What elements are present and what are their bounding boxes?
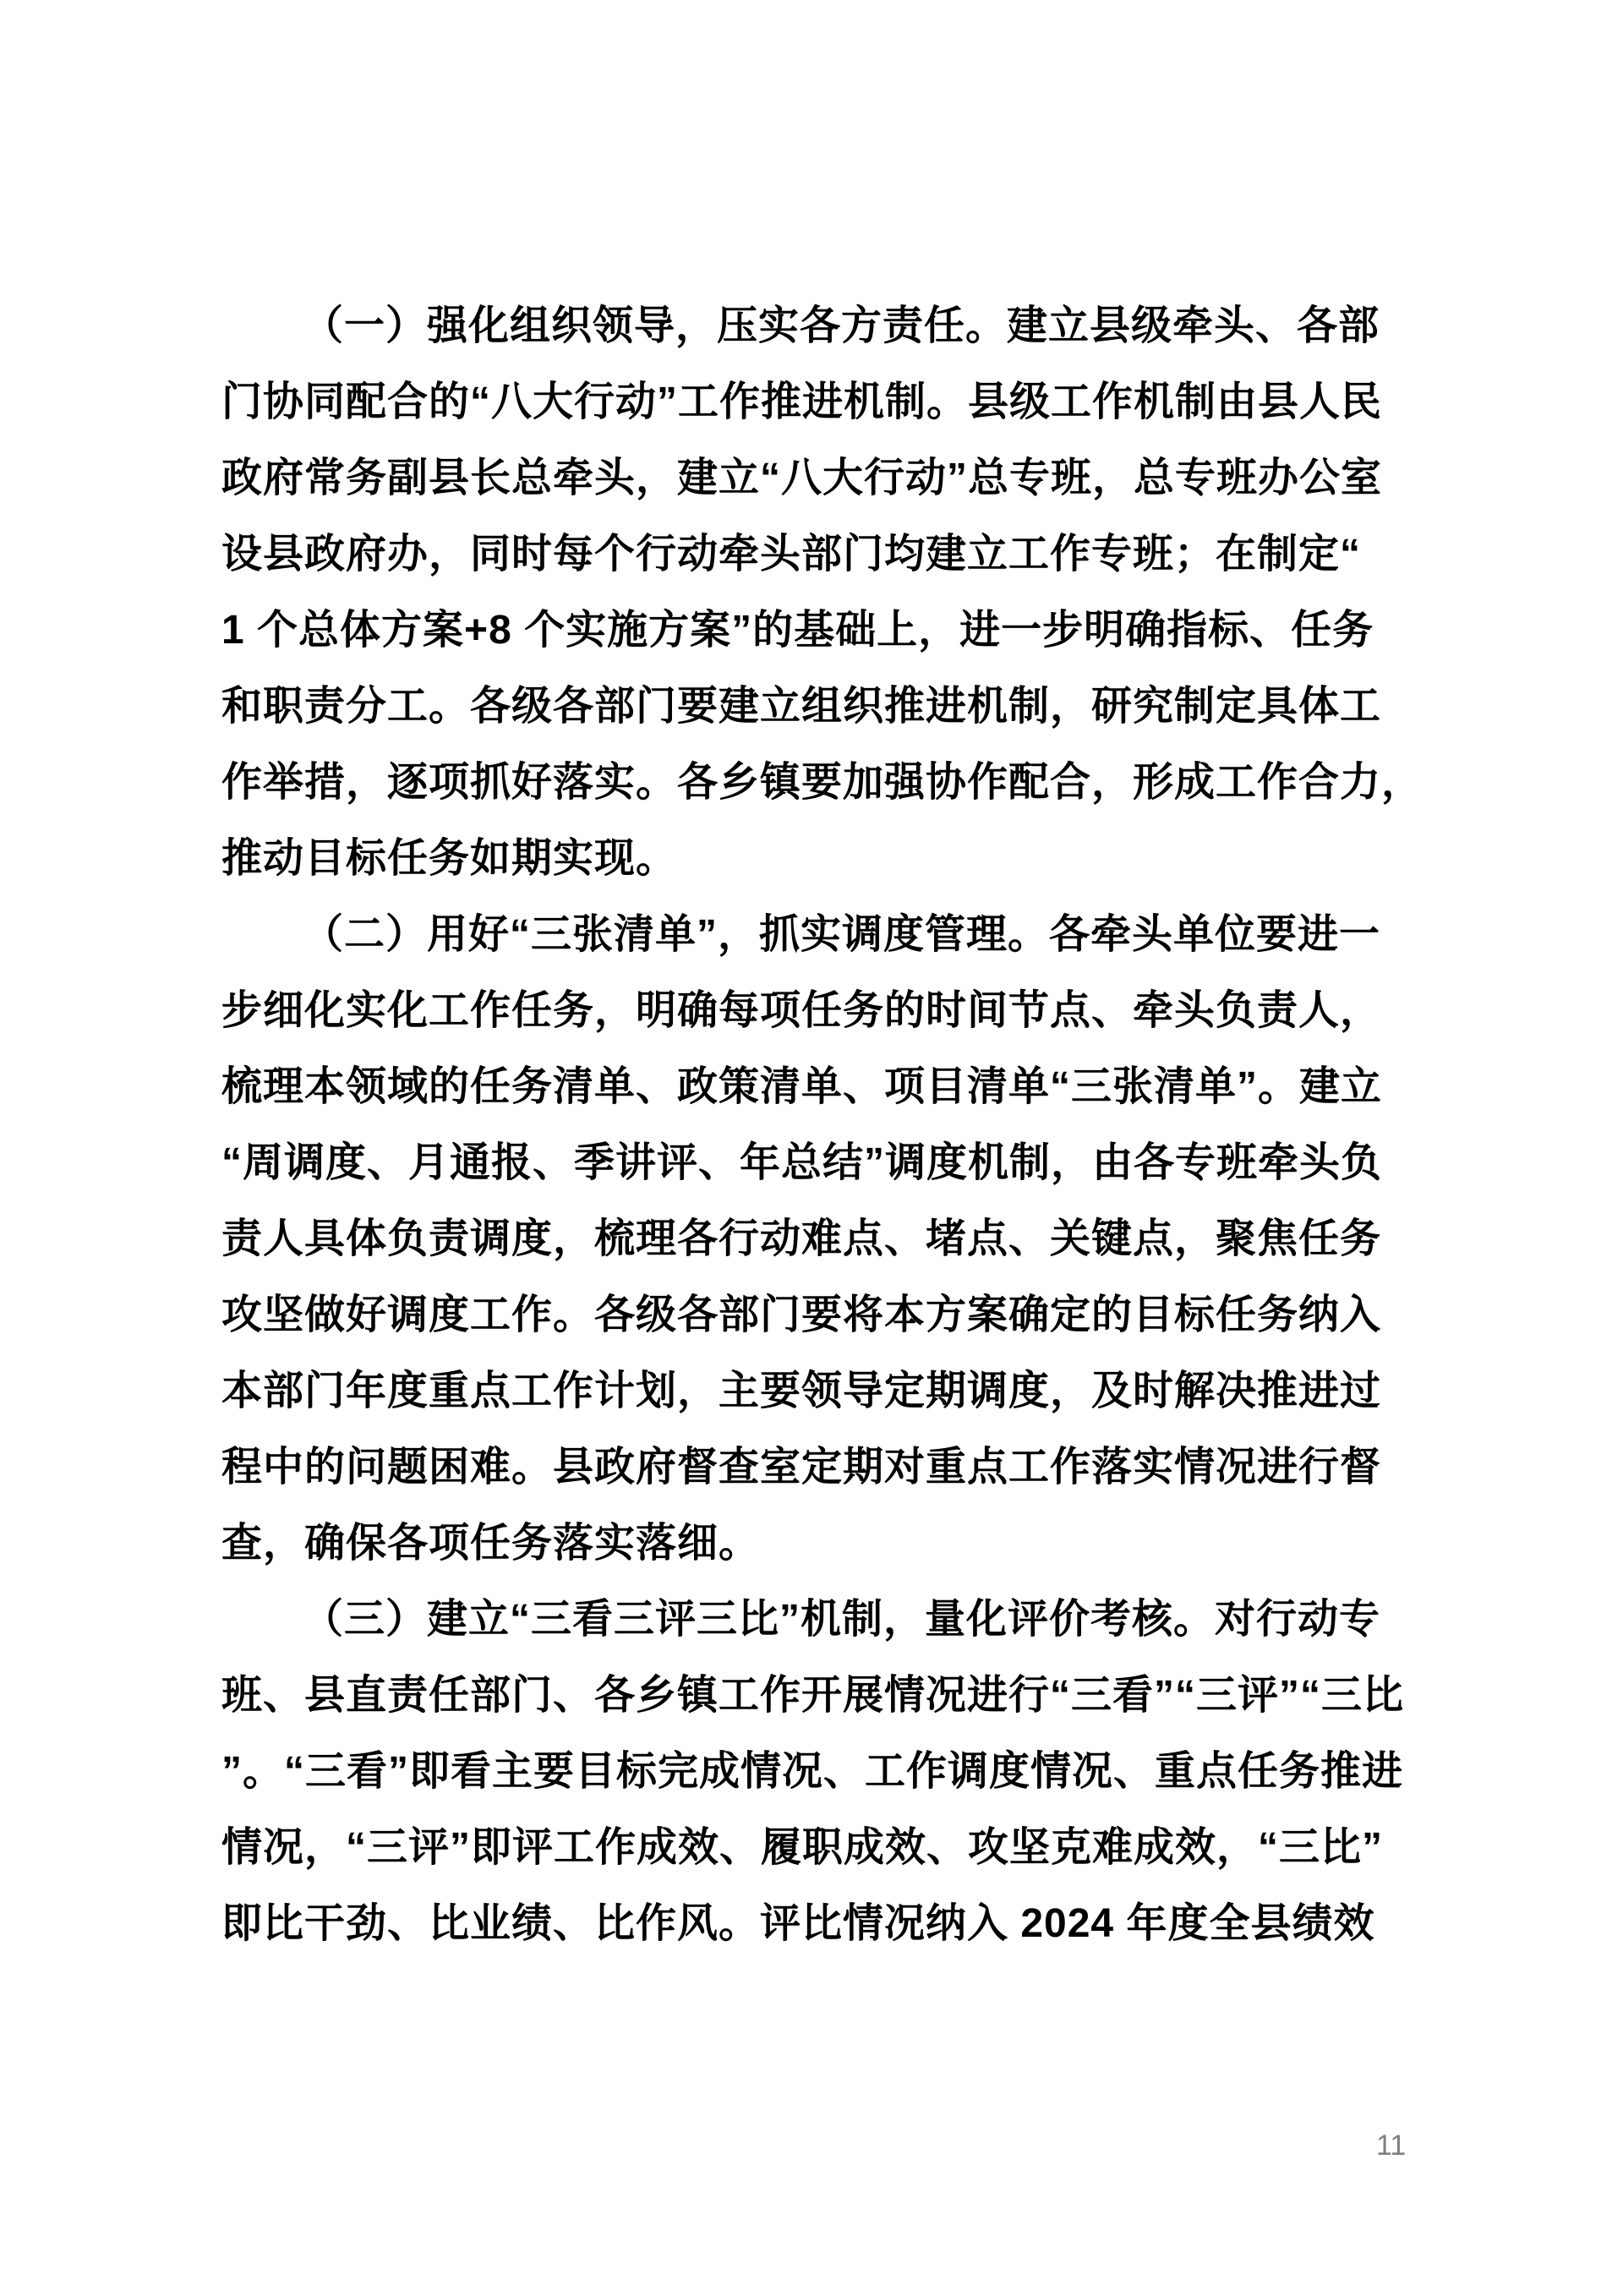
para-3: （三）建立“三看三评三比”机制，量化评价考核。对行动专班、县直责任部门、各乡镇工…	[221, 1582, 1432, 1962]
text-line: （三）建立“三看三评三比”机制，量化评价考核。对行动专	[221, 1582, 1432, 1658]
text-line: 情况，“三评”即评工作成效、履职成效、攻坚克难成效，“三比”	[221, 1810, 1432, 1886]
text-line: 1 个总体方案+8 个实施方案”的基础上，进一步明确指标、任务	[221, 593, 1432, 669]
document-body: （一）强化组织领导，压实各方责任。建立县级牵头、各部门协同配合的“八大行动”工作…	[221, 288, 1432, 1962]
text-line: 即比干劲、比业绩、比作风。评比情况纳入 2024 年度全县绩效	[221, 1886, 1432, 1962]
text-line: 门协同配合的“八大行动”工作推进机制。县级工作机制由县人民	[221, 364, 1432, 440]
document-page: （一）强化组织领导，压实各方责任。建立县级牵头、各部门协同配合的“八大行动”工作…	[0, 0, 1623, 2296]
para-1: （一）强化组织领导，压实各方责任。建立县级牵头、各部门协同配合的“八大行动”工作…	[221, 288, 1432, 897]
text-line: （一）强化组织领导，压实各方责任。建立县级牵头、各部	[221, 288, 1432, 364]
para-2: （二）用好“三张清单”，抓实调度管理。各牵头单位要进一步细化实化工作任务，明确每…	[221, 897, 1432, 1582]
text-line: 班、县直责任部门、各乡镇工作开展情况进行“三看”“三评”“三比	[221, 1658, 1432, 1734]
text-line: 查，确保各项任务落实落细。	[221, 1506, 1432, 1582]
text-line: 设县政府办，同时每个行动牵头部门均建立工作专班；在制定“	[221, 517, 1432, 593]
text-line: 作举措，逐项抓好落实。各乡镇要加强协作配合，形成工作合力，	[221, 745, 1432, 821]
page-number: 11	[1376, 2129, 1406, 2162]
text-line: “周调度、月通报、季讲评、年总结”调度机制，由各专班牵头负	[221, 1125, 1432, 1201]
text-line: （二）用好“三张清单”，抓实调度管理。各牵头单位要进一	[221, 897, 1432, 973]
text-line: 本部门年度重点工作计划，主要领导定期调度，及时解决推进过	[221, 1353, 1432, 1430]
text-line: 推动目标任务如期实现。	[221, 821, 1432, 897]
text-line: 责人具体负责调度，梳理各行动难点、堵点、关键点，聚焦任务	[221, 1201, 1432, 1277]
text-line: 程中的问题困难。县政府督查室定期对重点工作落实情况进行督	[221, 1430, 1432, 1506]
text-line: ”。“三看”即看主要目标完成情况、工作调度情况、重点任务推进	[221, 1734, 1432, 1810]
text-line: 步细化实化工作任务，明确每项任务的时间节点、牵头负责人，	[221, 973, 1432, 1049]
text-line: 政府常务副县长总牵头，建立“八大行动”总专班，总专班办公室	[221, 440, 1432, 517]
text-line: 和职责分工。各级各部门要建立组织推进机制，研究制定具体工	[221, 669, 1432, 745]
text-line: 攻坚做好调度工作。各级各部门要将本方案确定的目标任务纳入	[221, 1277, 1432, 1353]
text-line: 梳理本领域的任务清单、政策清单、项目清单“三张清单”。建立	[221, 1049, 1432, 1125]
